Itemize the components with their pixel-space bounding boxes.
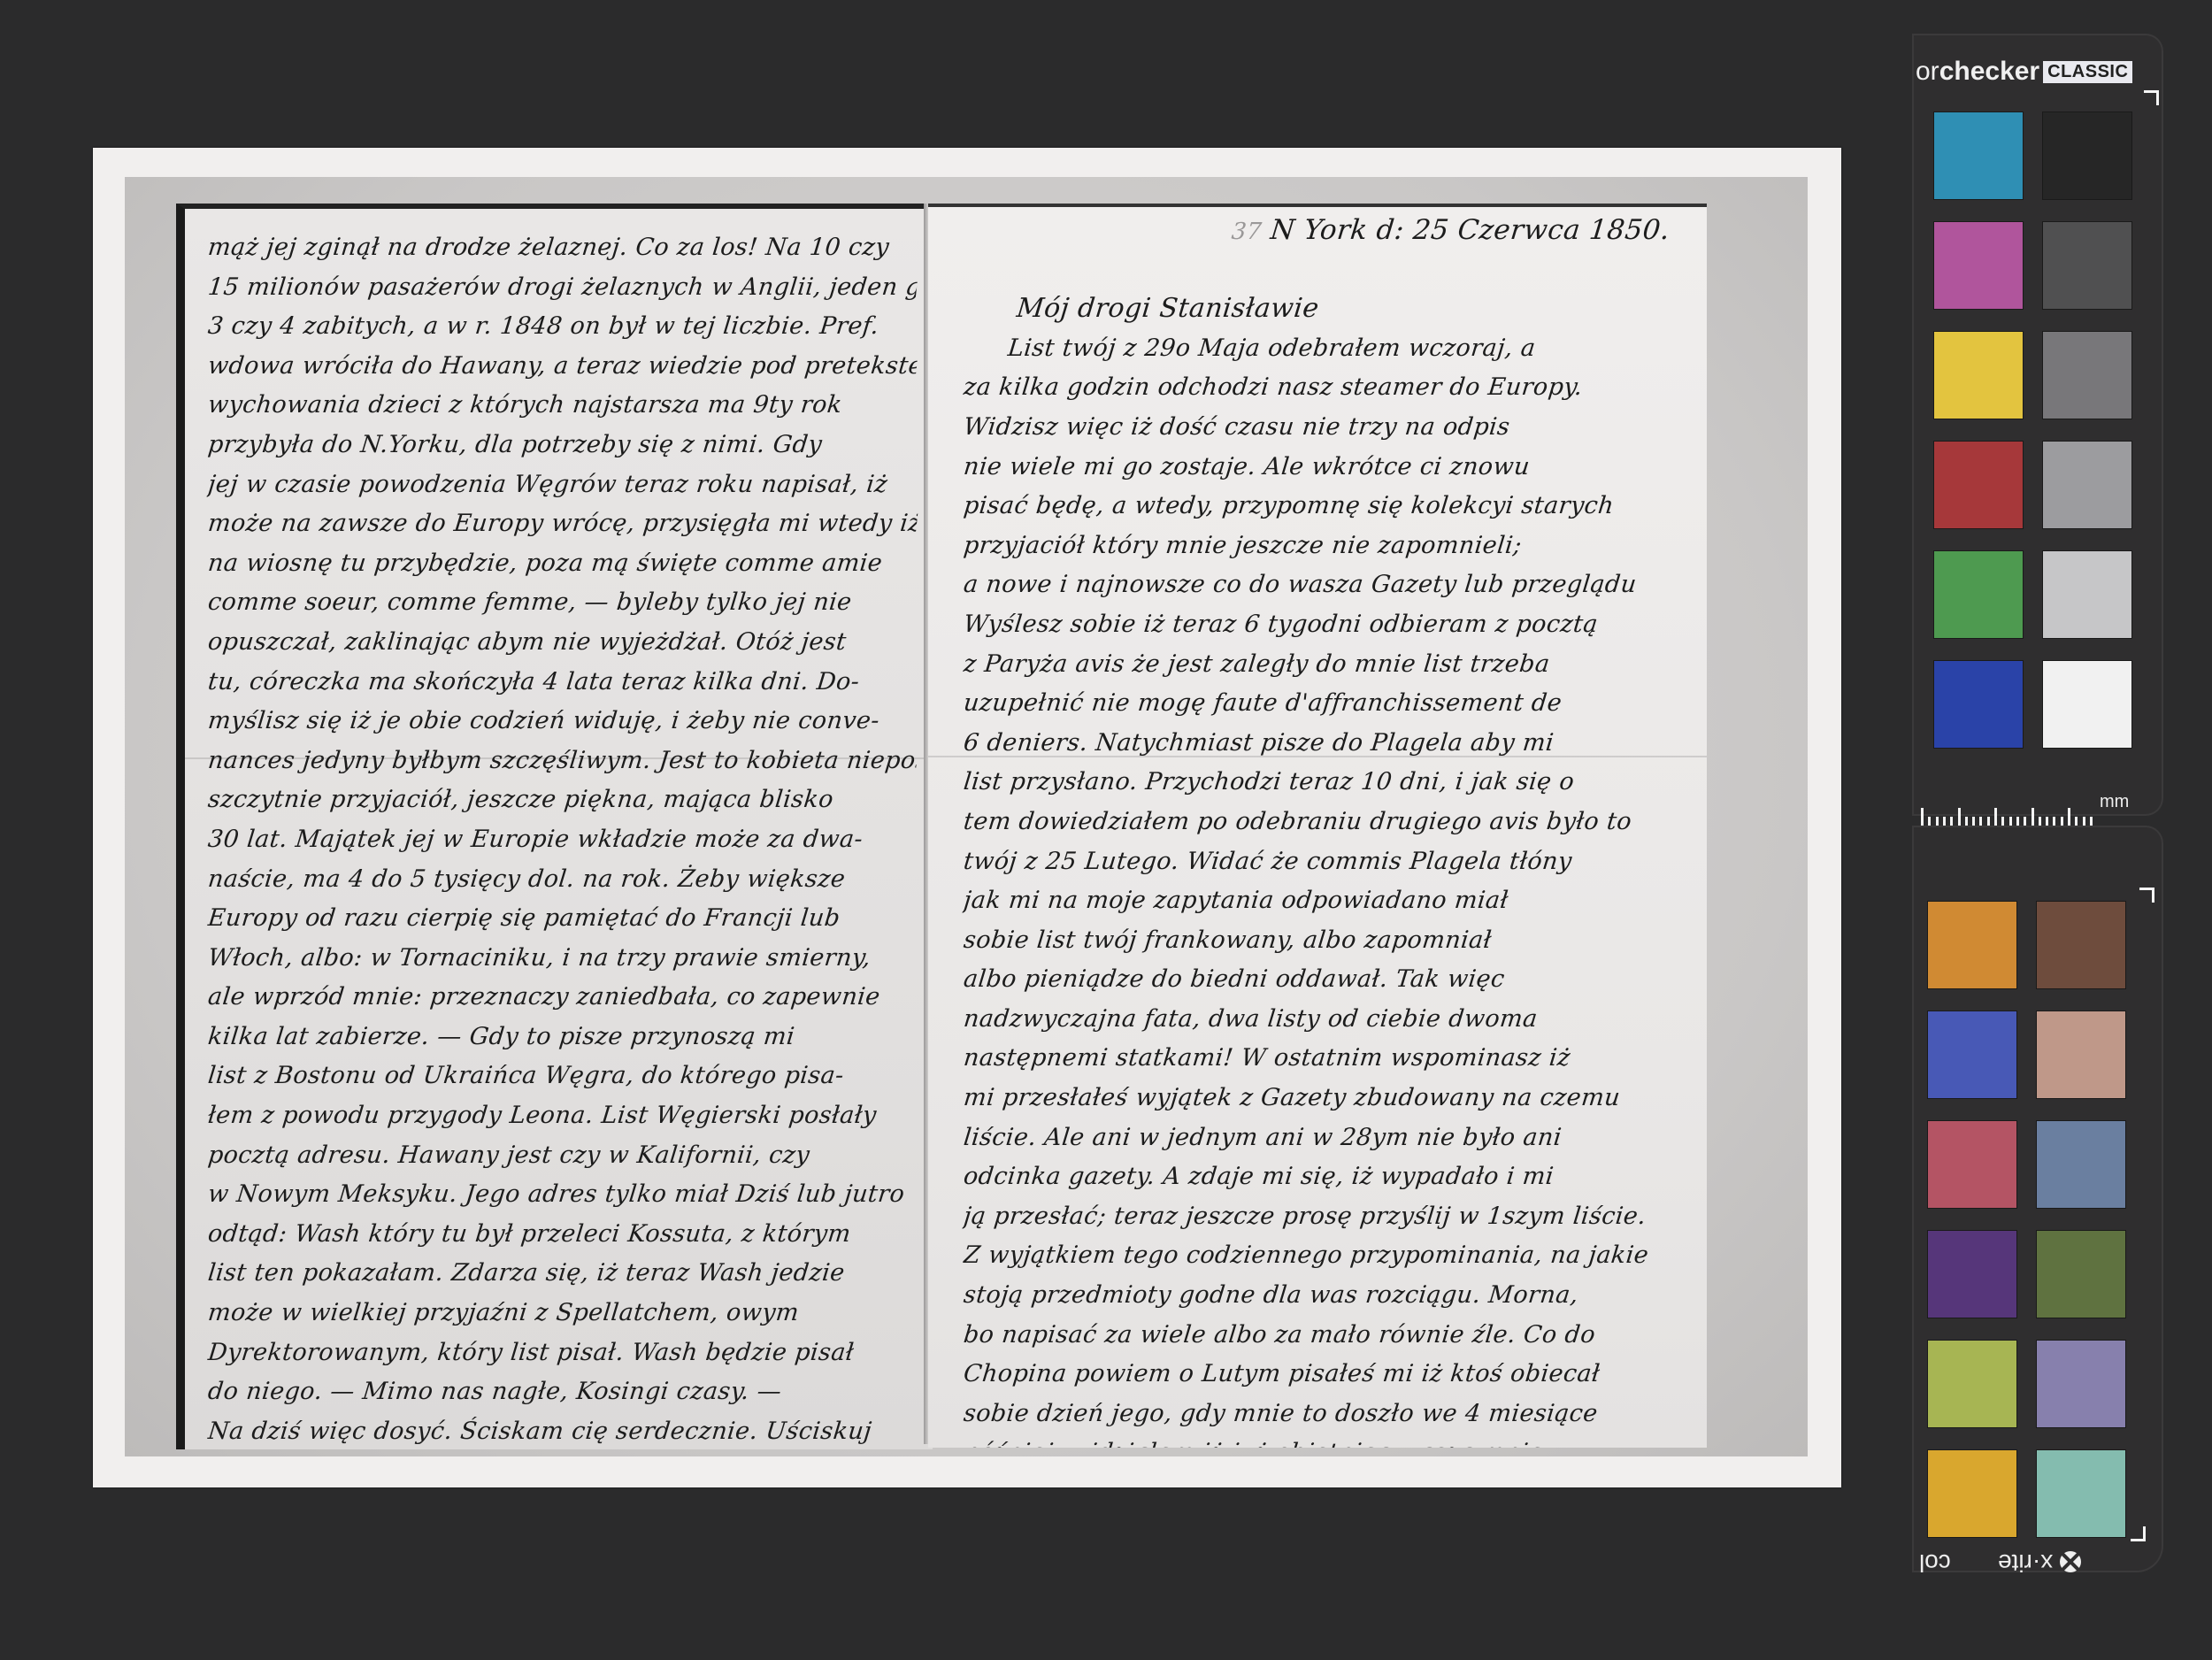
manuscript-line: pisać będę, a wtedy, przypomnę się kolek… xyxy=(962,487,1694,526)
swatch-mid-gray xyxy=(2042,331,2132,419)
registration-mark xyxy=(2131,1526,2146,1541)
manuscript-line: łem z powodu przygody Leona. List Węgier… xyxy=(206,1096,919,1136)
manuscript-line: następnemi statkami! W ostatnim wspomina… xyxy=(962,1039,1694,1079)
color-checker-top: orcheckerCLASSIC xyxy=(1914,35,2162,814)
manuscript-line: naście, ma 4 do 5 tysięcy dol. na rok. Ż… xyxy=(206,860,919,900)
salutation: Mój drogi Stanisławie xyxy=(962,289,1694,329)
folio-number: 37 xyxy=(1230,219,1263,245)
swatch-red xyxy=(1933,441,2024,529)
left-page-text: mąż jej zginął na drodze żelaznej. Co za… xyxy=(208,228,917,1449)
swatch-bluish-green xyxy=(2036,1449,2126,1538)
manuscript-line: Włoch, albo: w Tornaciniku, i na trzy pr… xyxy=(206,939,919,979)
swatch-blue-flower xyxy=(2036,1340,2126,1428)
manuscript-line: z Paryża avis że jest zaległy do mnie li… xyxy=(962,645,1694,685)
manuscript-line: Wyślesz sobie iż teraz 6 tygodni odbiera… xyxy=(962,605,1694,645)
checker-footer-fragment: col xyxy=(1919,1549,1951,1577)
manuscript-line: przyjaciół który mnie jeszcze nie zapomn… xyxy=(962,526,1694,566)
manuscript-line: tem dowiedziałem po odebraniu drugiego a… xyxy=(962,803,1694,842)
manuscript-line: comme soeur, comme femme, — byleby tylko… xyxy=(206,583,919,623)
manuscript-line: Europy od razu cierpię się pamiętać do F… xyxy=(206,899,919,939)
swatch-green xyxy=(1933,550,2024,639)
manuscript-line: List twój z 29o Maja odebrałem wczoraj, … xyxy=(962,329,1694,369)
date-text: N York d: 25 Czerwca 1850. xyxy=(1269,214,1671,246)
manuscript-line: później, widziałem iż już objętnica wasz… xyxy=(962,1433,1694,1448)
manuscript-line: 15 milionów pasażerów drogi żelaznych w … xyxy=(206,268,919,308)
manuscript-line: tu, córeczka ma skończyła 4 lata teraz k… xyxy=(206,663,919,703)
manuscript-line: do niego. — Mimo nas nagłe, Kosingi czas… xyxy=(206,1372,919,1412)
swatch-blue-sky xyxy=(2036,1120,2126,1209)
swatch-orange xyxy=(1927,901,2017,989)
swatch-light-skin xyxy=(2036,1011,2126,1099)
swatch-blue xyxy=(1933,660,2024,749)
manuscript-line: list przysłano. Przychodzi teraz 10 dni,… xyxy=(962,763,1694,803)
ruler-unit: mm xyxy=(2100,792,2129,812)
manuscript-line: ale wprzód mnie: przeznaczy zaniedbała, … xyxy=(206,978,919,1018)
manuscript-line: albo pieniądze do biedni oddawał. Tak wi… xyxy=(962,960,1694,1000)
manuscript-line: myślisz się iż je obie codzień widuję, i… xyxy=(206,702,919,742)
manuscript-line: jej w czasie powodzenia Węgrów teraz rok… xyxy=(206,465,919,505)
manuscript-line: stoją przedmioty godne dla was rozciągu.… xyxy=(962,1276,1694,1316)
manuscript-line: liście. Ale ani w jednym ani w 28ym nie … xyxy=(962,1118,1694,1158)
manuscript-line: Dyrektorowanym, który list pisał. Wash b… xyxy=(206,1333,919,1373)
manuscript-line: nadzwyczajna fata, dwa listy od ciebie d… xyxy=(962,1000,1694,1040)
swatch-lighter-gray xyxy=(2042,550,2132,639)
swatch-purple xyxy=(1927,1230,2017,1318)
xrite-logo: x·rite xyxy=(1998,1549,2085,1577)
manuscript-line: ją przesłać; teraz jeszcze prosę przyśli… xyxy=(962,1197,1694,1237)
manuscript-line: twój z 25 Lutego. Widać że commis Plagel… xyxy=(962,842,1694,882)
xrite-icon xyxy=(2060,1551,2081,1572)
manuscript-line: a nowe i najnowsze co do wasza Gazety lu… xyxy=(962,565,1694,605)
manuscript-line: 3 czy 4 zabitych, a w r. 1848 on był w t… xyxy=(206,307,919,347)
manuscript-line: odcinka gazety. A zdaje mi się, iż wypad… xyxy=(962,1157,1694,1197)
manuscript-line: szczytnie przyjaciół, jeszcze piękna, ma… xyxy=(206,780,919,820)
swatch-dark-gray xyxy=(2042,221,2132,310)
manuscript-line: odtąd: Wash który tu był przeleci Kossut… xyxy=(206,1215,919,1255)
manuscript-line: mi przesłałeś wyjątek z Gazety zbudowany… xyxy=(962,1079,1694,1118)
manuscript-line: list z Bostonu od Ukraińca Węgra, do któ… xyxy=(206,1057,919,1096)
photo-print: mąż jej zginął na drodze żelaznej. Co za… xyxy=(93,148,1841,1487)
swatch-moderate-red xyxy=(1927,1120,2017,1209)
manuscript-line: Z wyjątkiem tego codziennego przypominan… xyxy=(962,1236,1694,1276)
registration-mark xyxy=(2144,90,2159,105)
swatch-purplish-blue xyxy=(1927,1011,2017,1099)
right-page-body: List twój z 29o Maja odebrałem wczoraj, … xyxy=(964,329,1691,1448)
manuscript-line: za kilka godzin odchodzi nasz steamer do… xyxy=(962,368,1694,408)
manuscript-line: bo napisać za wiele albo za mało równie … xyxy=(962,1316,1694,1356)
checker-brand: orcheckerCLASSIC xyxy=(1916,57,2132,87)
letter-left-page: mąż jej zginął na drodze żelaznej. Co za… xyxy=(176,204,933,1449)
right-page-text: 37N York d: 25 Czerwca 1850. Mój drogi S… xyxy=(964,211,1691,1448)
manuscript-line: może w wielkiej przyjaźni z Spellatchem,… xyxy=(206,1294,919,1333)
date-line: 37N York d: 25 Czerwca 1850. xyxy=(962,211,1694,250)
manuscript-line: może na zawsze do Europy wrócę, przysięg… xyxy=(206,504,919,544)
manuscript-line: sobie dzień jego, gdy mnie to doszło we … xyxy=(962,1395,1694,1434)
swatch-dark-skin xyxy=(2036,901,2126,989)
swatch-black xyxy=(2042,111,2132,200)
manuscript-line: na wiosnę tu przybędzie, poza mą święte … xyxy=(206,544,919,584)
manuscript-line: Widzisz więc iż dość czasu nie trzy na o… xyxy=(962,408,1694,448)
swatch-yellow-green xyxy=(1927,1340,2017,1428)
swatch-foliage xyxy=(2036,1230,2126,1318)
manuscript-line: list ten pokazałam. Zdarza się, iż teraz… xyxy=(206,1254,919,1294)
swatch-yellow xyxy=(1933,331,2024,419)
manuscript-line: 30 lat. Majątek jej w Europie wkładzie m… xyxy=(206,820,919,860)
manuscript-line: wychowania dzieci z których najstarsza m… xyxy=(206,386,919,426)
manuscript-line: 6 deniers. Natychmiast pisze do Plagela … xyxy=(962,724,1694,764)
manuscript-line: sobie list twój frankowany, albo zapomni… xyxy=(962,921,1694,961)
manuscript-line: opuszczał, zaklinając abym nie wyjeżdżał… xyxy=(206,623,919,663)
manuscript-line: nie wiele mi go zostaje. Ale wkrótce ci … xyxy=(962,448,1694,488)
manuscript-line: Na dziś więc dosyć. Ściskam cię serdeczn… xyxy=(206,1412,919,1449)
registration-mark xyxy=(2139,888,2154,903)
swatch-white xyxy=(2042,660,2132,749)
manuscript-line: uzupełnić nie mogę faute d'affranchissem… xyxy=(962,684,1694,724)
letter-right-page: 37N York d: 25 Czerwca 1850. Mój drogi S… xyxy=(928,204,1707,1448)
manuscript-line: w Nowym Meksyku. Jego adres tylko miał D… xyxy=(206,1175,919,1215)
manuscript-line: jak mi na moje zapytania odpowiadano mia… xyxy=(962,881,1694,921)
manuscript-line: przybyła do N.Yorku, dla potrzeby się z … xyxy=(206,426,919,465)
swatch-light-gray xyxy=(2042,441,2132,529)
swatch-orange-yellow xyxy=(1927,1449,2017,1538)
letter-photograph: mąż jej zginął na drodze żelaznej. Co za… xyxy=(125,177,1808,1456)
manuscript-line: pocztą adresu. Hawany jest czy w Kalifor… xyxy=(206,1136,919,1176)
manuscript-line: nances jedyny byłbym szczęśliwym. Jest t… xyxy=(206,742,919,781)
manuscript-line: Chopina powiem o Lutym pisałeś mi iż kto… xyxy=(962,1355,1694,1395)
manuscript-line: mąż jej zginął na drodze żelaznej. Co za… xyxy=(206,228,919,268)
classic-badge: CLASSIC xyxy=(2043,61,2132,83)
swatch-magenta xyxy=(1933,221,2024,310)
manuscript-line: kilka lat zabierze. — Gdy to pisze przyn… xyxy=(206,1018,919,1057)
color-checker-bottom: col x·rite xyxy=(1914,827,2162,1571)
swatch-cyan xyxy=(1933,111,2024,200)
manuscript-line: wdowa wróciła do Hawany, a teraz wiedzie… xyxy=(206,347,919,387)
